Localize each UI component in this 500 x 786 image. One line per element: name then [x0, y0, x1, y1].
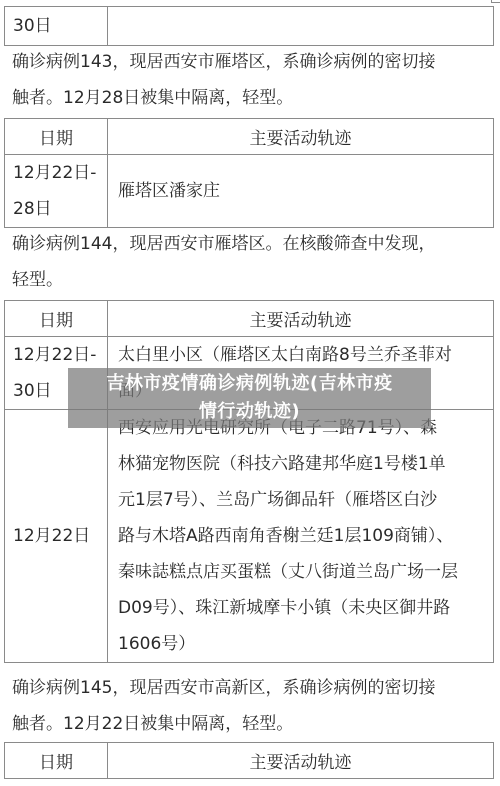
case-143-trail-table: 日期 主要活动轨迹 12月22日- 28日 雁塔区潘家庄: [4, 118, 494, 228]
header-activity: 主要活动轨迹: [108, 301, 494, 337]
paragraph-line: 确诊病例145，现居西安市高新区，系确诊病例的密切接: [12, 670, 492, 706]
table-header-row: 日期 主要活动轨迹: [5, 119, 494, 155]
paragraph-line: 轻型。: [12, 262, 492, 298]
title-caption-overlay: 吉林市疫情确诊病例轨迹(吉林市疫 情行动轨迹): [68, 368, 431, 428]
case-143-description: 确诊病例143，现居西安市雁塔区，系确诊病例的密切接 触者。12月28日被集中隔…: [12, 44, 492, 116]
date-cell: 30日: [5, 7, 108, 46]
caption-line: 情行动轨迹): [68, 398, 431, 426]
header-date: 日期: [5, 119, 108, 155]
caption-line: 吉林市疫情确诊病例轨迹(吉林市疫: [68, 370, 431, 398]
activity-cell: 雁塔区潘家庄: [108, 155, 494, 228]
date-cell: 12月22日: [5, 410, 108, 663]
table-header-row: 日期 主要活动轨迹: [5, 743, 494, 779]
paragraph-line: 确诊病例144，现居西安市雁塔区。在核酸筛查中发现，: [12, 226, 492, 262]
case-144-description: 确诊病例144，现居西安市雁塔区。在核酸筛查中发现， 轻型。: [12, 226, 492, 298]
activity-line: 秦味誌糕点店买蛋糕（丈八街道兰岛广场一层: [118, 554, 487, 590]
paragraph-line: 确诊病例143，现居西安市雁塔区，系确诊病例的密切接: [12, 44, 492, 80]
case-145-trail-table: 日期 主要活动轨迹: [4, 742, 494, 779]
case-144-trail-table: 日期 主要活动轨迹 12月22日- 30日 太白里小区（雁塔区太白南路8号兰乔圣…: [4, 300, 494, 663]
table-row: 12月22日- 28日 雁塔区潘家庄: [5, 155, 494, 228]
activity-line: 1606号）: [118, 626, 487, 662]
date-line: 28日: [13, 191, 107, 227]
activity-line: 元1层7号）、兰岛广场御品轩（雁塔区白沙: [118, 482, 487, 518]
paragraph-line: 触者。12月22日被集中隔离，轻型。: [12, 706, 492, 742]
paragraph-line: 触者。12月28日被集中隔离，轻型。: [12, 80, 492, 116]
activity-line: 林猫宠物医院（科技六路建邦华庭1号楼1单: [118, 446, 487, 482]
activity-cell: [108, 7, 494, 46]
date-cell: 12月22日- 28日: [5, 155, 108, 228]
table-row: 12月22日 西安应用光电研究所（电子二路71号）、森 林猫宠物医院（科技六路建…: [5, 410, 494, 663]
activity-line: 路与木塔A路西南角香榭兰廷1层109商铺）、: [118, 518, 487, 554]
table-row: 30日: [5, 7, 494, 46]
header-activity: 主要活动轨迹: [108, 743, 494, 779]
header-date: 日期: [5, 743, 108, 779]
case-145-description: 确诊病例145，现居西安市高新区，系确诊病例的密切接 触者。12月22日被集中隔…: [12, 670, 492, 742]
table-header-row: 日期 主要活动轨迹: [5, 301, 494, 337]
date-line: 12月22日-: [13, 155, 107, 191]
header-activity: 主要活动轨迹: [108, 119, 494, 155]
trail-table-prev-fragment: 30日: [4, 6, 494, 46]
header-date: 日期: [5, 301, 108, 337]
activity-cell: 西安应用光电研究所（电子二路71号）、森 林猫宠物医院（科技六路建邦华庭1号楼1…: [108, 410, 494, 663]
table-corner-fragment: [491, 0, 500, 3]
activity-line: D09号）、珠江新城摩卡小镇（未央区御井路: [118, 590, 487, 626]
